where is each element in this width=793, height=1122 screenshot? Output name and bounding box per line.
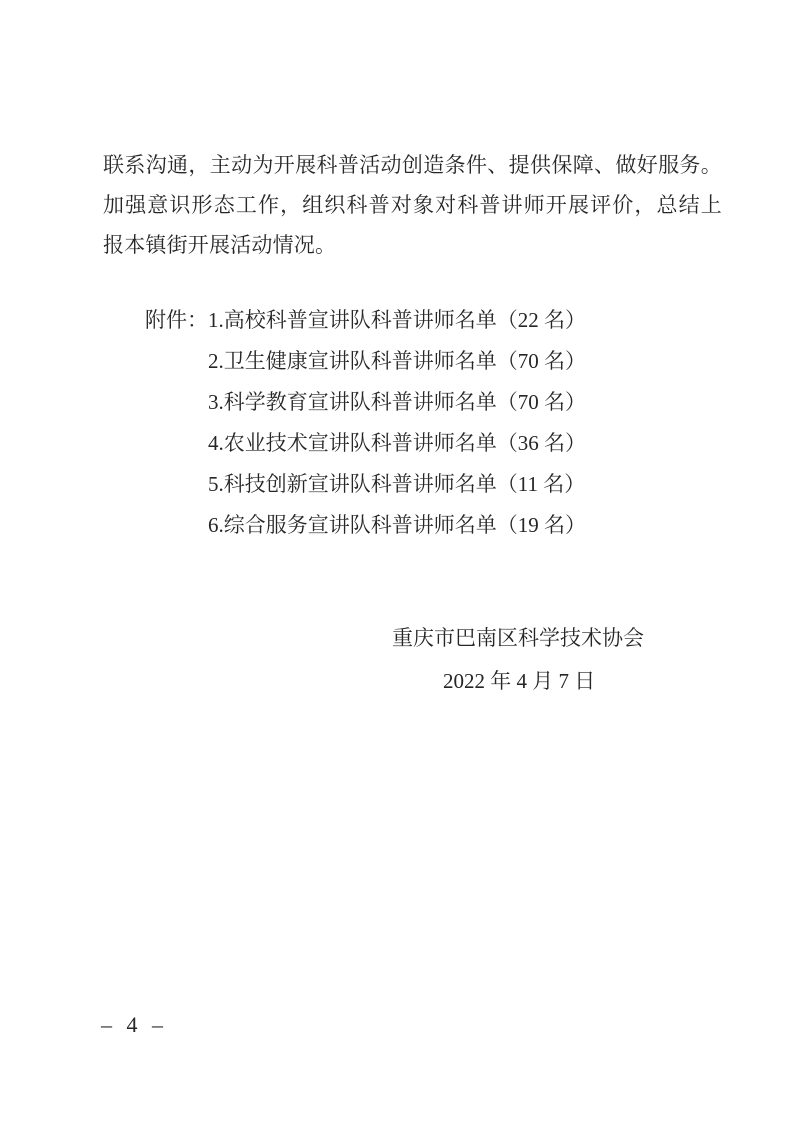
attachment-item: 5.科技创新宣讲队科普讲师名单（11 名） bbox=[208, 464, 586, 505]
body-paragraph: 联系沟通，主动为开展科普活动创造条件、提供保障、做好服务。 加强意识形态工作，组… bbox=[103, 145, 722, 265]
attachments-label: 附件： bbox=[145, 300, 208, 341]
attachment-list: 1.高校科普宣讲队科普讲师名单（22 名） 2.卫生健康宣讲队科普讲师名单（70… bbox=[208, 300, 586, 546]
paragraph-line: 联系沟通，主动为开展科普活动创造条件、提供保障、做好服务。 bbox=[103, 145, 722, 185]
attachment-item: 6.综合服务宣讲队科普讲师名单（19 名） bbox=[208, 505, 586, 546]
attachment-item: 2.卫生健康宣讲队科普讲师名单（70 名） bbox=[208, 341, 586, 382]
attachment-item: 3.科学教育宣讲队科普讲师名单（70 名） bbox=[208, 382, 586, 423]
attachment-item: 4.农业技术宣讲队科普讲师名单（36 名） bbox=[208, 423, 586, 464]
paragraph-line: 报本镇街开展活动情况。 bbox=[103, 225, 722, 265]
attachment-item: 1.高校科普宣讲队科普讲师名单（22 名） bbox=[208, 300, 586, 341]
attachments-block: 附件： 1.高校科普宣讲队科普讲师名单（22 名） 2.卫生健康宣讲队科普讲师名… bbox=[145, 300, 586, 546]
signature-date: 2022 年 4 月 7 日 bbox=[443, 661, 595, 701]
document-page: 联系沟通，主动为开展科普活动创造条件、提供保障、做好服务。 加强意识形态工作，组… bbox=[0, 0, 793, 1122]
signature-organization: 重庆市巴南区科学技术协会 bbox=[392, 618, 644, 658]
paragraph-line: 加强意识形态工作，组织科普对象对科普讲师开展评价，总结上 bbox=[103, 185, 722, 225]
page-number: – 4 – bbox=[101, 1005, 165, 1045]
